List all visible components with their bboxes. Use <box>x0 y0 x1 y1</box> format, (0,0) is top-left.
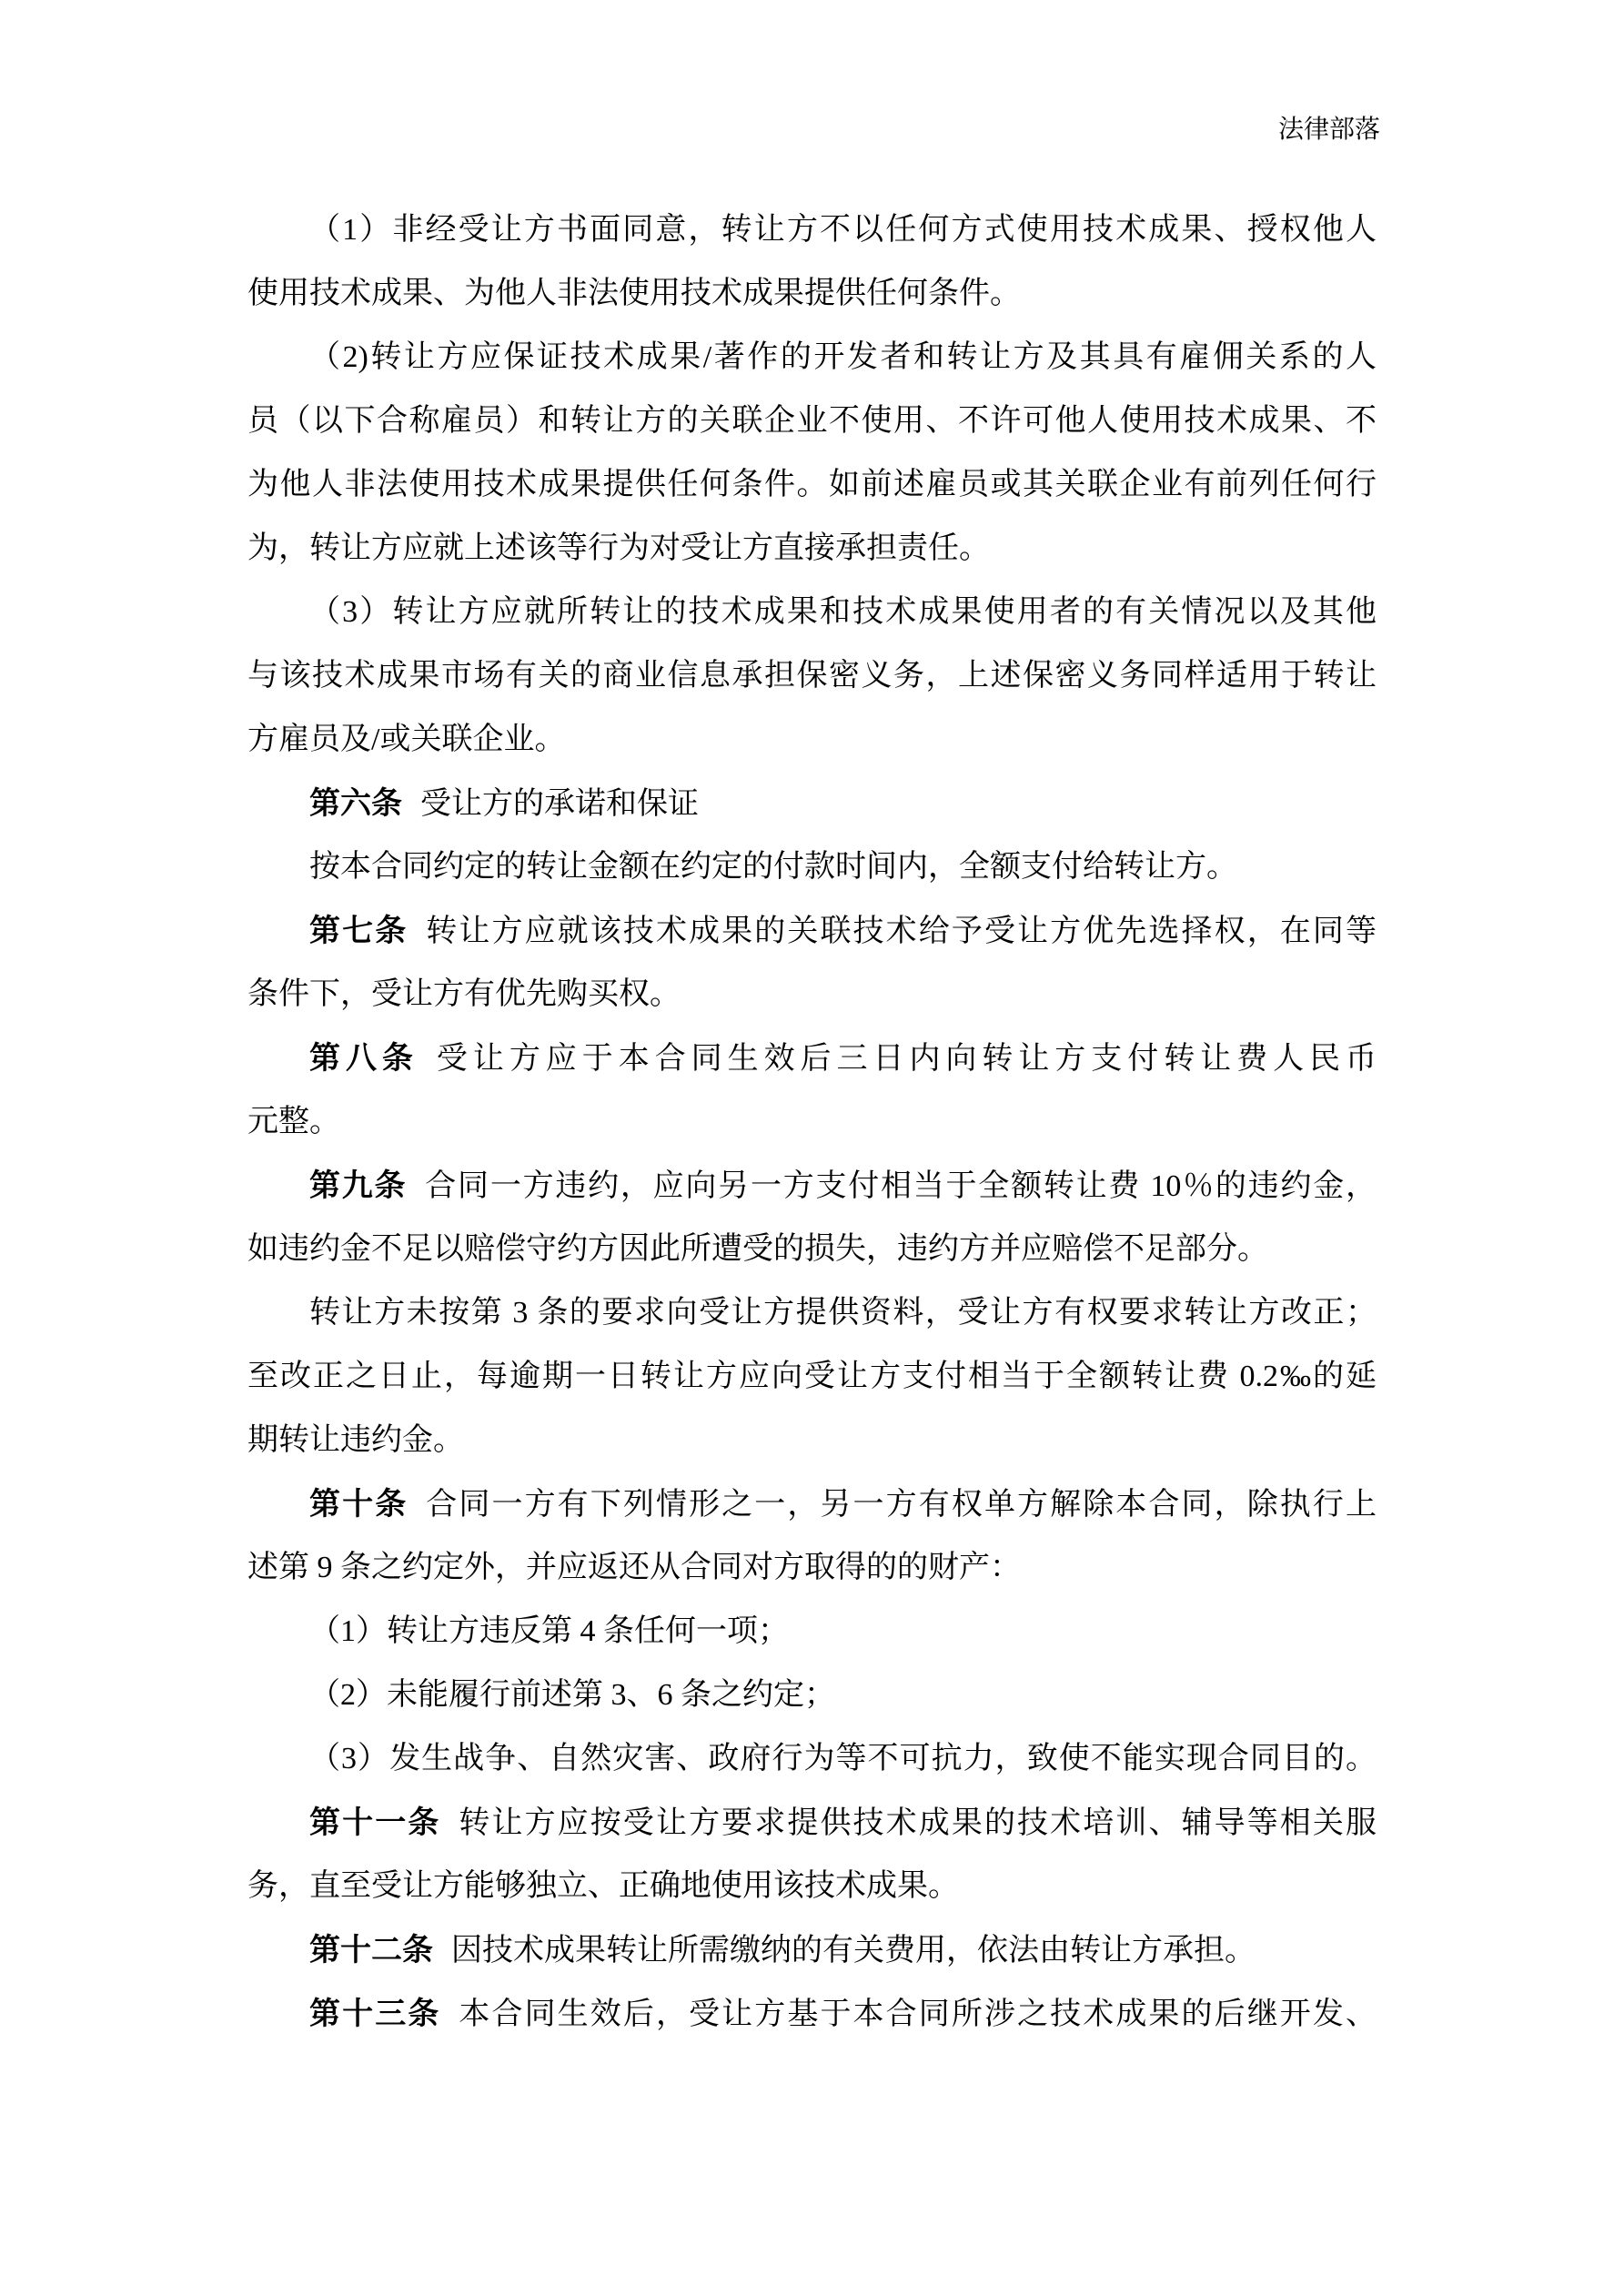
text-line: 第七条转让方应就该技术成果的关联技术给予受让方优先选择权，在同等 <box>247 899 1377 963</box>
text-line: 转让方未按第 3 条的要求向受让方提供资料，受让方有权要求转让方改正； <box>247 1281 1377 1345</box>
line-text: 因技术成果转让所需缴纳的有关费用，依法由转让方承担。 <box>451 1934 1256 1967</box>
text-line: 第十条合同一方有下列情形之一，另一方有权单方解除本合同，除执行上 <box>247 1472 1377 1536</box>
clause-label: 第六条 <box>309 786 402 821</box>
text-line: 如违约金不足以赔偿守约方因此所遭受的损失，违约方并应赔偿不足部分。 <box>247 1218 1377 1281</box>
line-text: 期转让违约金。 <box>247 1423 464 1457</box>
line-text: 按本合同约定的转让金额在约定的付款时间内，全额支付给转让方。 <box>309 850 1237 884</box>
clause-label: 第十一条 <box>309 1805 440 1840</box>
text-line: （3）发生战争、自然灾害、政府行为等不可抗力，致使不能实现合同目的。 <box>247 1727 1377 1791</box>
text-line: 为他人非法使用技术成果提供任何条件。如前述雇员或其关联企业有前列任何行 <box>247 453 1377 517</box>
text-line: （2)转让方应保证技术成果/著作的开发者和转让方及其具有雇佣关系的人 <box>247 326 1377 389</box>
line-text: 为，转让方应就上述该等行为对受让方直接承担责任。 <box>247 531 990 565</box>
line-text: （3）发生战争、自然灾害、政府行为等不可抗力，致使不能实现合同目的。 <box>309 1742 1377 1775</box>
text-line: 使用技术成果、为他人非法使用技术成果提供任何条件。 <box>247 262 1377 326</box>
text-line: 期转让违约金。 <box>247 1409 1377 1472</box>
line-text: （1）非经受让方书面同意，转让方不以任何方式使用技术成果、授权他人 <box>309 213 1377 247</box>
line-text: 合同一方有下列情形之一，另一方有权单方解除本合同，除执行上 <box>426 1488 1377 1522</box>
line-text: 为他人非法使用技术成果提供任何条件。如前述雇员或其关联企业有前列任何行 <box>247 468 1377 501</box>
line-text: （1）转让方违反第 4 条任何一项； <box>309 1614 789 1648</box>
line-text: 转让方应就该技术成果的关联技术给予受让方优先选择权，在同等 <box>426 915 1377 948</box>
clause-label: 第十条 <box>309 1487 408 1522</box>
line-text: 员（以下合称雇员）和转让方的关联企业不使用、不许可他人使用技术成果、不 <box>247 404 1377 438</box>
clause-label: 第九条 <box>309 1168 407 1203</box>
clause-label: 第十二条 <box>309 1933 433 1967</box>
line-text: 与该技术成果市场有关的商业信息承担保密义务，上述保密义务同样适用于转让 <box>247 659 1377 693</box>
line-text: 元整。 <box>247 1105 340 1138</box>
text-line: 与该技术成果市场有关的商业信息承担保密义务，上述保密义务同样适用于转让 <box>247 644 1377 708</box>
line-text: 条件下，受让方有优先购买权。 <box>247 977 681 1011</box>
clause-label: 第八条 <box>309 1041 419 1076</box>
text-line: 按本合同约定的转让金额在约定的付款时间内，全额支付给转让方。 <box>247 835 1377 899</box>
line-text: 方雇员及/或关联企业。 <box>247 723 565 756</box>
clause-label: 第七条 <box>309 914 408 948</box>
line-text: 合同一方违约，应向另一方支付相当于全额转让费 10％的违约金， <box>425 1169 1377 1203</box>
text-line: 述第 9 条之约定外，并应返还从合同对方取得的的财产： <box>247 1536 1377 1600</box>
line-text: 受让方的承诺和保证 <box>420 787 699 821</box>
clause-label: 第十三条 <box>309 1997 440 2031</box>
document-page: 法律部落 （1）非经受让方书面同意，转让方不以任何方式使用技术成果、授权他人使用… <box>0 0 1624 2296</box>
text-line: 至改正之日止，每逾期一日转让方应向受让方支付相当于全额转让费 0.2‰的延 <box>247 1345 1377 1409</box>
line-text: （3）转让方应就所转让的技术成果和技术成果使用者的有关情况以及其他 <box>309 595 1377 629</box>
text-line: 条件下，受让方有优先购买权。 <box>247 963 1377 1027</box>
text-line: （3）转让方应就所转让的技术成果和技术成果使用者的有关情况以及其他 <box>247 581 1377 644</box>
line-text: 至改正之日止，每逾期一日转让方应向受让方支付相当于全额转让费 0.2‰的延 <box>247 1360 1377 1393</box>
document-body: （1）非经受让方书面同意，转让方不以任何方式使用技术成果、授权他人使用技术成果、… <box>247 198 1377 2046</box>
line-text: （2)转让方应保证技术成果/著作的开发者和转让方及其具有雇佣关系的人 <box>309 340 1377 374</box>
text-line: （1）非经受让方书面同意，转让方不以任何方式使用技术成果、授权他人 <box>247 198 1377 262</box>
text-line: 务，直至受让方能够独立、正确地使用该技术成果。 <box>247 1855 1377 1918</box>
text-line: 第十三条本合同生效后，受让方基于本合同所涉之技术成果的后继开发、 <box>247 1982 1377 2046</box>
line-text: 务，直至受让方能够独立、正确地使用该技术成果。 <box>247 1869 959 1903</box>
line-text: 转让方应按受让方要求提供技术成果的技术培训、辅导等相关服 <box>459 1806 1377 1840</box>
text-line: 员（以下合称雇员）和转让方的关联企业不使用、不许可他人使用技术成果、不 <box>247 389 1377 453</box>
text-line: （1）转让方违反第 4 条任何一项； <box>247 1600 1377 1664</box>
line-text: 转让方未按第 3 条的要求向受让方提供资料，受让方有权要求转让方改正； <box>309 1296 1377 1330</box>
line-text: 本合同生效后，受让方基于本合同所涉之技术成果的后继开发、 <box>459 1998 1377 2031</box>
text-line: （2）未能履行前述第 3、6 条之约定； <box>247 1664 1377 1727</box>
text-line: 第十二条因技术成果转让所需缴纳的有关费用，依法由转让方承担。 <box>247 1918 1377 1982</box>
text-line: 第六条受让方的承诺和保证 <box>247 772 1377 835</box>
text-line: 第九条合同一方违约，应向另一方支付相当于全额转让费 10％的违约金， <box>247 1154 1377 1218</box>
text-line: 第八条受让方应于本合同生效后三日内向转让方支付转让费人民币 <box>247 1027 1377 1090</box>
line-text: 述第 9 条之约定外，并应返还从合同对方取得的的财产： <box>247 1551 1021 1584</box>
line-text: 受让方应于本合同生效后三日内向转让方支付转让费人民币 <box>437 1042 1377 1076</box>
page-header-watermark: 法律部落 <box>1278 111 1380 147</box>
text-line: 元整。 <box>247 1090 1377 1154</box>
text-line: 为，转让方应就上述该等行为对受让方直接承担责任。 <box>247 517 1377 581</box>
text-line: 第十一条转让方应按受让方要求提供技术成果的技术培训、辅导等相关服 <box>247 1791 1377 1855</box>
line-text: 使用技术成果、为他人非法使用技术成果提供任何条件。 <box>247 277 1021 310</box>
text-line: 方雇员及/或关联企业。 <box>247 708 1377 772</box>
line-text: 如违约金不足以赔偿守约方因此所遭受的损失，违约方并应赔偿不足部分。 <box>247 1232 1268 1266</box>
line-text: （2）未能履行前述第 3、6 条之约定； <box>309 1678 835 1712</box>
